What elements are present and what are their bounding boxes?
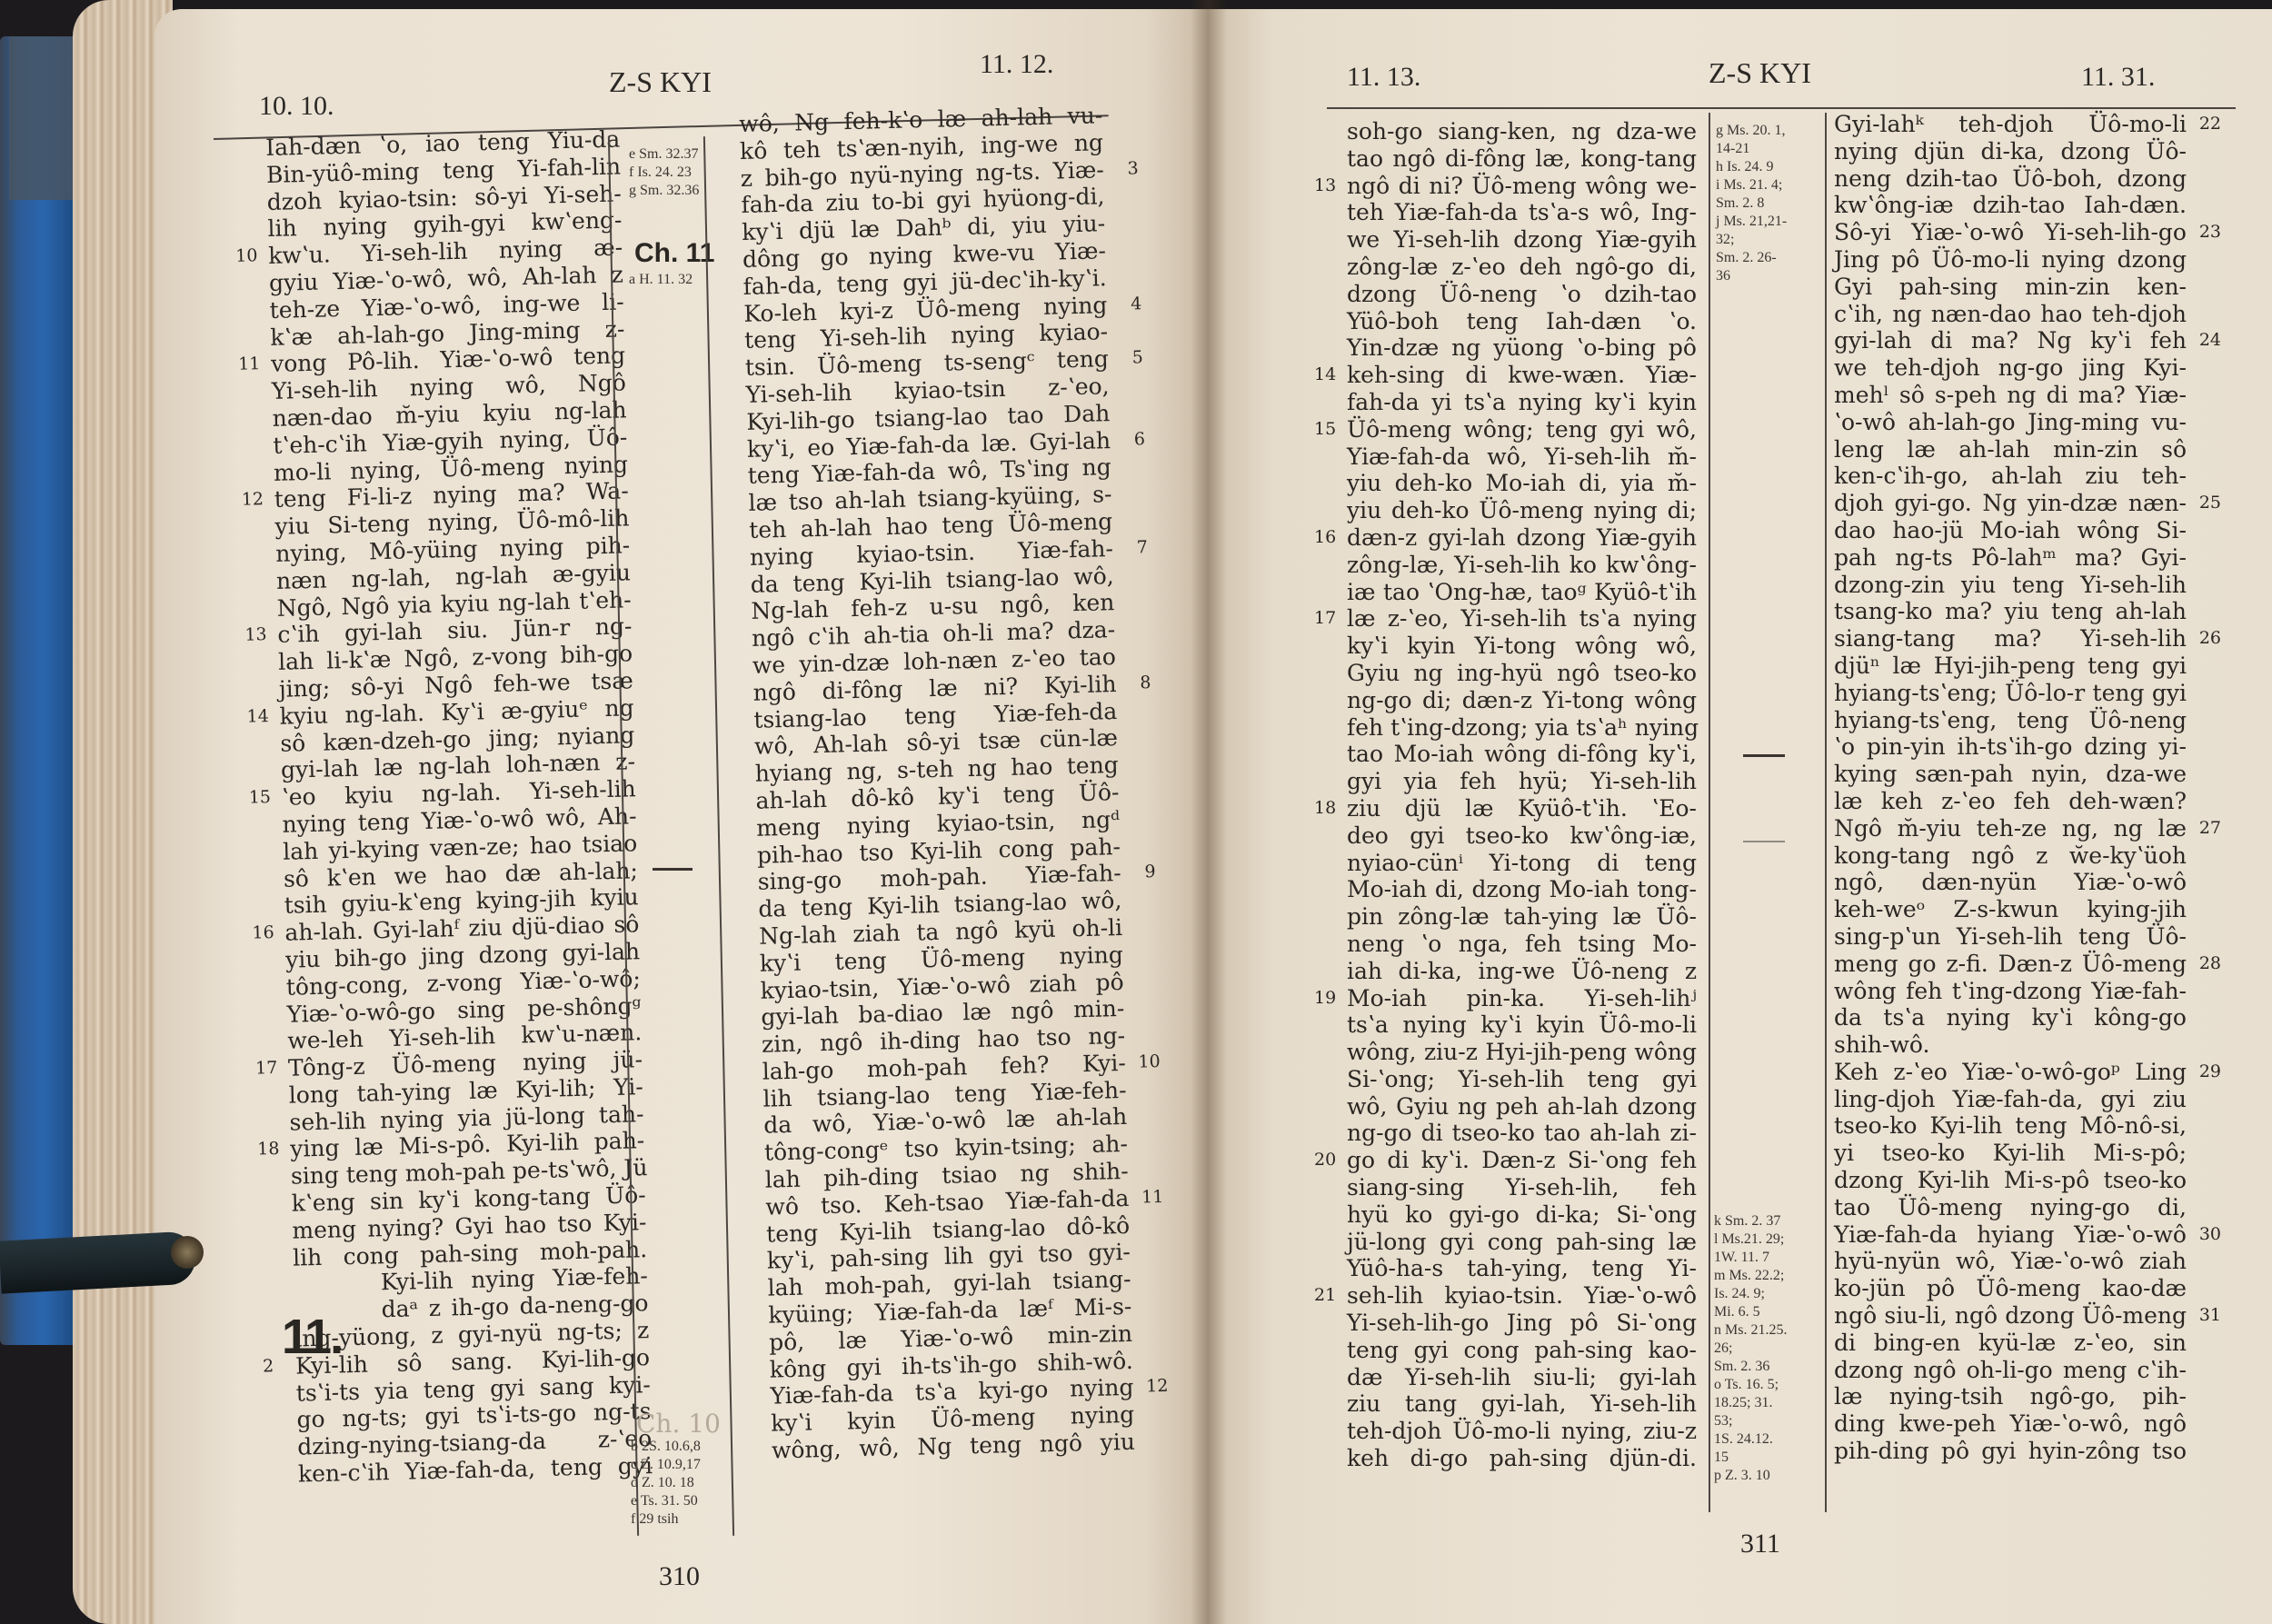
verse-number: 28 — [2199, 951, 2221, 978]
right-refs-top: g Ms. 20. 1, 14-21h Is. 24. 9i Ms. 21. 4… — [1716, 122, 1787, 285]
cross-reference: Sm. 2. 36 — [1714, 1358, 1787, 1376]
verse-number: 11 — [1141, 1184, 1164, 1211]
verse-number: 24 — [2199, 327, 2221, 354]
verse-number: 6 — [1134, 426, 1146, 453]
text-line: fah-da yi tsʽa nying kyʽi kyin — [1347, 389, 1697, 416]
left-header-ref-right: 11. 12. — [980, 49, 1053, 80]
text-line: djüⁿ læ Hyi-jih-peng teng gyi — [1834, 653, 2187, 680]
text-line: tsang-ko ma? yiu teng ah-lah — [1834, 598, 2187, 625]
text-line: ng-go di; dæn-z Yi-tong wông — [1347, 687, 1697, 714]
left-refs-bottom: b 2S. 10.6,8c Z. 10.9,17d Z. 10. 18e Ts.… — [631, 1438, 701, 1529]
text-line: Gyiu ng ing-hyü ngô tseo-ko — [1347, 660, 1697, 687]
cross-reference: 53; — [1714, 1412, 1787, 1430]
verse-number: 15 — [248, 784, 271, 812]
text-line: Sô-yi Yiæ-ʽo-wô Yi-seh-lih-go23 — [1834, 219, 2187, 246]
verse-number: 14 — [246, 703, 269, 731]
verse-number: 23 — [2199, 219, 2221, 246]
text-line: Keh z-ʽeo Yiæ-ʽo-wô-goᵖ Ling29 — [1834, 1059, 2187, 1086]
left-section-dash — [653, 868, 693, 871]
text-line: soh-go siang-ken, ng dza-we — [1347, 118, 1697, 145]
text-line: ʽo-wô ah-lah-go Jing-ming vu- — [1834, 409, 2187, 436]
text-line: yiu deh-ko Üô-meng nying di; — [1347, 497, 1697, 524]
text-line: keh-sing di kwe-wæn. Yiæ-14 — [1347, 362, 1697, 389]
right-text-column-1: soh-go siang-ken, ng dza-wetao ngô di-fô… — [1347, 118, 1697, 1472]
cross-reference: n Ms. 21.25. — [1714, 1321, 1787, 1340]
text-line: teh Yiæ-fah-da tsʽa-s wô, Ing- — [1347, 199, 1697, 226]
cross-reference: l Ms.21. 29; — [1714, 1230, 1787, 1249]
text-line: tao ngô di-fông læ, kong-tang — [1347, 145, 1697, 173]
text-line: yiu deh-ko Mo-iah di, yia m̆- — [1347, 470, 1697, 497]
cross-reference: 1W. 11. 7 — [1714, 1249, 1787, 1267]
text-line: seh-lih kyiao-tsin. Yiæ-ʽo-wô21 — [1347, 1282, 1697, 1310]
right-header-ref-right: 11. 31. — [2081, 62, 2155, 93]
verse-number: 22 — [2199, 111, 2221, 138]
verse-number: 13 — [1314, 173, 1336, 200]
cross-reference: Is. 24. 9; — [1714, 1285, 1787, 1303]
text-line: pih-ding pô gyi hyin-zông tso — [1834, 1438, 2187, 1465]
text-line: we Yi-seh-lih dzong Yiæ-gyih — [1347, 226, 1697, 254]
text-line: ziu djü læ Kyüô-tʽih. ʽEo-18 — [1347, 795, 1697, 822]
text-line: dzong-zin yiu teng Yi-seh-lih — [1834, 572, 2187, 599]
left-refs-top: e Sm. 32.37f Is. 24. 23g Sm. 32.36 — [629, 145, 699, 200]
verse-number: 2 — [263, 1353, 274, 1380]
text-line: Yin-dzæ ng yüong ʽo-bing pô — [1347, 334, 1697, 362]
cross-reference: Sm. 2. 8 — [1716, 194, 1787, 213]
text-line: iah di-ka, ing-we Üô-neng z — [1347, 958, 1697, 985]
text-line: kying sæn-pah nyin, dza-we — [1834, 761, 2187, 788]
cross-reference: 36 — [1716, 267, 1787, 285]
text-line: neng ʽo nga, feh tsing Mo- — [1347, 931, 1697, 958]
verse-number: 11 — [238, 352, 261, 379]
text-line: leng læ ah-lah min-zin sô — [1834, 436, 2187, 463]
cross-reference: 32; — [1716, 231, 1787, 249]
text-line: feh tʽing-dzong; yia tsʽaʰ nying — [1347, 714, 1697, 742]
text-line: ngô, dæn-nyün Yiæ-ʽo-wô — [1834, 869, 2187, 896]
verse-number: 27 — [2199, 815, 2221, 842]
text-line: dzong Üô-neng ʽo dzih-tao — [1347, 281, 1697, 308]
cross-reference: g Ms. 20. 1, — [1716, 122, 1787, 140]
right-running-title: Z-S KYI — [1709, 56, 1811, 90]
cross-reference: e Sm. 32.37 — [629, 145, 699, 164]
text-line: læ z-ʽeo, Yi-seh-lih tsʽa nying17 — [1347, 605, 1697, 633]
text-line: nyiao-cünⁱ Yi-tong di teng — [1347, 850, 1697, 877]
text-line: Gyi pah-sing min-zin ken- — [1834, 274, 2187, 301]
verse-number: 10 — [235, 243, 258, 270]
verse-number: 9 — [1144, 859, 1156, 886]
text-line: ling-djoh Yiæ-fah-da, gyi ziu — [1834, 1086, 2187, 1113]
left-chapter-label: Ch. 11 — [634, 238, 714, 269]
text-line: yi tseo-ko Kyi-lih Mi-s-pô; — [1834, 1140, 2187, 1167]
left-text-column-1: Iah-dæn ʽo, iao teng Yiu-daBin-yüô-ming … — [265, 125, 653, 1488]
text-line: di bing-en kyü-læ z-ʽeo, sin — [1834, 1330, 2187, 1357]
cross-reference: f 29 tsih — [631, 1510, 701, 1529]
verse-number: 25 — [2199, 490, 2221, 517]
verse-number: 17 — [255, 1055, 278, 1082]
left-running-title: Z-S KYI — [609, 65, 712, 99]
verse-number: 12 — [241, 487, 264, 514]
left-faint-bleed: Ch. 10 — [636, 1409, 721, 1439]
text-line: dzong Kyi-lih Mi-s-pô tseo-ko — [1834, 1167, 2187, 1194]
text-line: læ keh z-ʽeo feh deh-wæn? — [1834, 788, 2187, 815]
text-line: Yüô-boh teng Iah-dæn ʽo. — [1347, 308, 1697, 335]
text-line: Yüô-ha-s tah-ying, teng Yi- — [1347, 1255, 1697, 1282]
text-line: Si-ʽong; Yi-seh-lih teng gyi — [1347, 1066, 1697, 1093]
verse-number: 20 — [1314, 1147, 1336, 1174]
text-line: tsʽa nying kyʽi kyin Üô-mo-li — [1347, 1011, 1697, 1039]
right-section-dash-faint — [1743, 841, 1785, 842]
book-gutter — [1191, 0, 1227, 1624]
right-section-dash — [1743, 754, 1785, 757]
text-line: dao hao-jü Mo-iah wông Si- — [1834, 517, 2187, 544]
text-line: hyiang-tsʽeng; Üô-lo-r teng gyi — [1834, 680, 2187, 707]
right-column-divider-1 — [1709, 113, 1710, 1512]
verse-number: 4 — [1131, 291, 1142, 318]
cross-reference: e Ts. 31. 50 — [631, 1492, 701, 1510]
text-line: meng go z-fi. Dæn-z Üô-meng28 — [1834, 951, 2187, 978]
text-line: ngô di ni? Üô-meng wông we-13 — [1347, 173, 1697, 200]
cross-reference: 15 — [1714, 1449, 1787, 1467]
text-line: Üô-meng wông; teng gyi wô,15 — [1347, 416, 1697, 443]
verse-number: 13 — [244, 622, 267, 649]
text-line: iæ tao ʽOng-hæ, taoᵍ Kyüô-tʽih — [1347, 579, 1697, 606]
text-line: wông feh tʽing-dzong Yiæ-fah- — [1834, 978, 2187, 1005]
verse-number: 21 — [1314, 1282, 1336, 1310]
text-line: Jing pô Üô-mo-li nying dzong — [1834, 246, 2187, 274]
verse-number: 31 — [2199, 1302, 2221, 1330]
text-line: Mo-iah di, dzong Mo-iah tong- — [1347, 876, 1697, 903]
text-line: gyi yia feh hyü; Yi-seh-lih — [1347, 768, 1697, 795]
text-line: djoh gyi-go. Ng yin-dzæ næn-25 — [1834, 490, 2187, 517]
text-line: kwʽông-iæ dzih-tao Iah-dæn. — [1834, 192, 2187, 219]
verse-number: 8 — [1140, 670, 1151, 697]
verse-number: 10 — [1138, 1049, 1161, 1076]
text-line: ngô siu-li, ngô dzong Üô-meng31 — [1834, 1302, 2187, 1330]
text-line: gyi-lah di ma? Ng kyʽi feh24 — [1834, 327, 2187, 354]
cross-reference: m Ms. 22.2; — [1714, 1267, 1787, 1285]
verse-number: 26 — [2199, 625, 2221, 653]
cross-reference: Mi. 6. 5 — [1714, 1303, 1787, 1321]
verse-number: 17 — [1314, 605, 1336, 633]
verse-number: 16 — [252, 920, 274, 947]
cross-reference: h Is. 24. 9 — [1716, 158, 1787, 176]
cross-reference: j Ms. 21,21- — [1716, 213, 1787, 231]
text-line: Gyi-lahᵏ teh-djoh Üô-mo-li22 — [1834, 111, 2187, 138]
text-line: zông-læ, Yi-seh-lih ko kwʽông- — [1347, 552, 1697, 579]
cross-reference: b 2S. 10.6,8 — [631, 1438, 701, 1456]
text-line: nying djün di-ka, dzong Üô- — [1834, 138, 2187, 165]
cross-reference: 26; — [1714, 1340, 1787, 1358]
text-line: mehˡ sô s-peh ng di ma? Yiæ- — [1834, 382, 2187, 409]
text-line: pah ng-ts Pô-lahᵐ ma? Gyi- — [1834, 544, 2187, 572]
text-line: zông-læ z-ʽeo deh ngô-go di, — [1347, 254, 1697, 281]
text-line: dzong ngô oh-li-go meng cʽih- — [1834, 1357, 2187, 1384]
pencil-end — [171, 1236, 204, 1269]
text-line: kyʽi kyin Yi-tong wông wô, — [1347, 633, 1697, 660]
cross-reference: 1S. 24.12. — [1714, 1430, 1787, 1449]
right-refs-bottom: k Sm. 2. 37l Ms.21. 29; 1W. 11. 7m Ms. 2… — [1714, 1212, 1787, 1485]
text-line: wô, Gyiu ng peh ah-lah dzong — [1347, 1093, 1697, 1121]
text-line: hyiang-tsʽeng, teng Üô-neng — [1834, 707, 2187, 734]
text-line: ko-jün pô Üô-meng kao-dæ — [1834, 1275, 2187, 1302]
verse-number: 19 — [1314, 985, 1336, 1012]
cross-reference: a H. 11. 32 — [629, 271, 693, 289]
chapter-number-11: 11. — [282, 1309, 342, 1365]
pencil — [0, 1230, 196, 1293]
text-line: keh-weᵒ Z-s-kwun kying-jih — [1834, 896, 2187, 923]
text-line: dæ Yi-seh-lih siu-li; gyi-lah — [1347, 1364, 1697, 1391]
verse-number: 29 — [2199, 1059, 2221, 1086]
text-line: læ nying-tsih ngô-go, pih- — [1834, 1383, 2187, 1410]
text-line: Yi-seh-lih-go Jing pô Si-ʽong — [1347, 1310, 1697, 1337]
left-text-column-2: wô, Ng feh-kʽo læ ah-lah vu-kô teh tsʽæn… — [739, 102, 1135, 1464]
text-line: cʽih, ng næn-dao hao teh-djoh — [1834, 301, 2187, 328]
text-line: Mo-iah pin-ka. Yi-seh-lihʲ19 — [1347, 985, 1697, 1012]
text-line: teng gyi cong pah-sing kao- — [1347, 1337, 1697, 1364]
text-line: go di kyʽi. Dæn-z Si-ʽong feh20 — [1347, 1147, 1697, 1174]
text-line: pin zông-læ tah-ying læ Üô- — [1347, 903, 1697, 931]
right-header-rule — [1327, 107, 2236, 109]
left-page-number: 310 — [659, 1561, 700, 1592]
cross-reference: p Z. 3. 10 — [1714, 1467, 1787, 1485]
cross-reference: c Z. 10.9,17 — [631, 1456, 701, 1474]
cross-reference: 14-21 — [1716, 140, 1787, 158]
text-line: jü-long gyi cong pah-sing læ — [1347, 1229, 1697, 1256]
text-line: siang-sing Yi-seh-lih, feh — [1347, 1174, 1697, 1201]
verse-number: 30 — [2199, 1221, 2221, 1249]
text-line: hyü ko gyi-go di-ka; Si-ʽong — [1347, 1201, 1697, 1229]
text-line: tao Üô-meng nying-go di, — [1834, 1194, 2187, 1221]
verse-number: 18 — [257, 1136, 280, 1163]
verse-number: 5 — [1131, 344, 1143, 372]
text-line: tseo-ko Kyi-lih teng Mô-nô-si, — [1834, 1112, 2187, 1140]
verse-number: 14 — [1314, 362, 1336, 389]
cross-reference: o Ts. 16. 5; — [1714, 1376, 1787, 1394]
text-line: Yiæ-fah-da hyiang Yiæ-ʽo-wô30 — [1834, 1221, 2187, 1249]
book-spine — [0, 36, 73, 1345]
cross-reference: k Sm. 2. 37 — [1714, 1212, 1787, 1230]
text-line: deo gyi tseo-ko kwʽông-iæ, — [1347, 822, 1697, 850]
verse-number: 7 — [1136, 534, 1148, 562]
verse-number: 18 — [1314, 795, 1336, 822]
text-line: we teh-djoh ng-go jing Kyi- — [1834, 354, 2187, 382]
text-line: wông, ziu-z Hyi-jih-peng wông — [1347, 1039, 1697, 1066]
left-refs-mid: a H. 11. 32 — [629, 271, 693, 289]
right-text-column-2: Gyi-lahᵏ teh-djoh Üô-mo-li22nying djün d… — [1834, 111, 2187, 1465]
text-line: Ngô m̆-yiu teh-ze ng, ng læ27 — [1834, 815, 2187, 842]
text-line: dæn-z gyi-lah dzong Yiæ-gyih16 — [1347, 524, 1697, 552]
text-line: Yiæ-fah-da wô, Yi-seh-lih m̆- — [1347, 443, 1697, 471]
right-header-ref: 11. 13. — [1347, 62, 1420, 93]
right-column-divider-2 — [1825, 113, 1827, 1512]
text-line: da tsʽa nying kyʽi kông-go — [1834, 1004, 2187, 1031]
text-line: teh-djoh Üô-mo-li nying, ziu-z — [1347, 1418, 1697, 1445]
verse-number: 12 — [1146, 1373, 1169, 1400]
text-line: ng-go di tseo-ko tao ah-lah zi- — [1347, 1120, 1697, 1147]
text-line: tao Mo-iah wông di-fông kyʽi, — [1347, 741, 1697, 768]
verse-number: 15 — [1314, 416, 1336, 443]
text-line: hyü-nyün wô, Yiæ-ʽo-wô ziah — [1834, 1248, 2187, 1275]
cross-reference: f Is. 24. 23 — [629, 164, 699, 182]
left-header-ref: 10. 10. — [259, 91, 334, 122]
text-line: keh di-go pah-sing djün-di. — [1347, 1445, 1697, 1472]
text-line: kong-tang ngô z w̆e-kyʽüoh — [1834, 842, 2187, 870]
text-line: ding kwe-peh Yiæ-ʽo-wô, ngô — [1834, 1410, 2187, 1438]
cross-reference: 18.25; 31. — [1714, 1394, 1787, 1412]
text-line: ziu tang gyi-lah, Yi-seh-lih — [1347, 1390, 1697, 1418]
right-page-number: 311 — [1740, 1529, 1780, 1559]
cross-reference: i Ms. 21. 4; — [1716, 176, 1787, 194]
text-line: shih-wô. — [1834, 1031, 2187, 1059]
text-line: neng dzih-tao Üô-boh, dzong — [1834, 165, 2187, 193]
cross-reference: g Sm. 32.36 — [629, 182, 699, 200]
text-line: ken-cʽih-go, ah-lah ziu teh- — [1834, 463, 2187, 490]
verse-number: 16 — [1314, 524, 1336, 552]
cross-reference: Sm. 2. 26- — [1716, 249, 1787, 267]
cross-reference: d Z. 10. 18 — [631, 1474, 701, 1492]
text-line: siang-tang ma? Yi-seh-lih26 — [1834, 625, 2187, 653]
text-line: ʽo pin-yin ih-tsʽih-go dzing yi- — [1834, 733, 2187, 761]
text-line: sing-pʽun Yi-seh-lih teng Üô- — [1834, 923, 2187, 951]
verse-number: 3 — [1127, 155, 1139, 183]
